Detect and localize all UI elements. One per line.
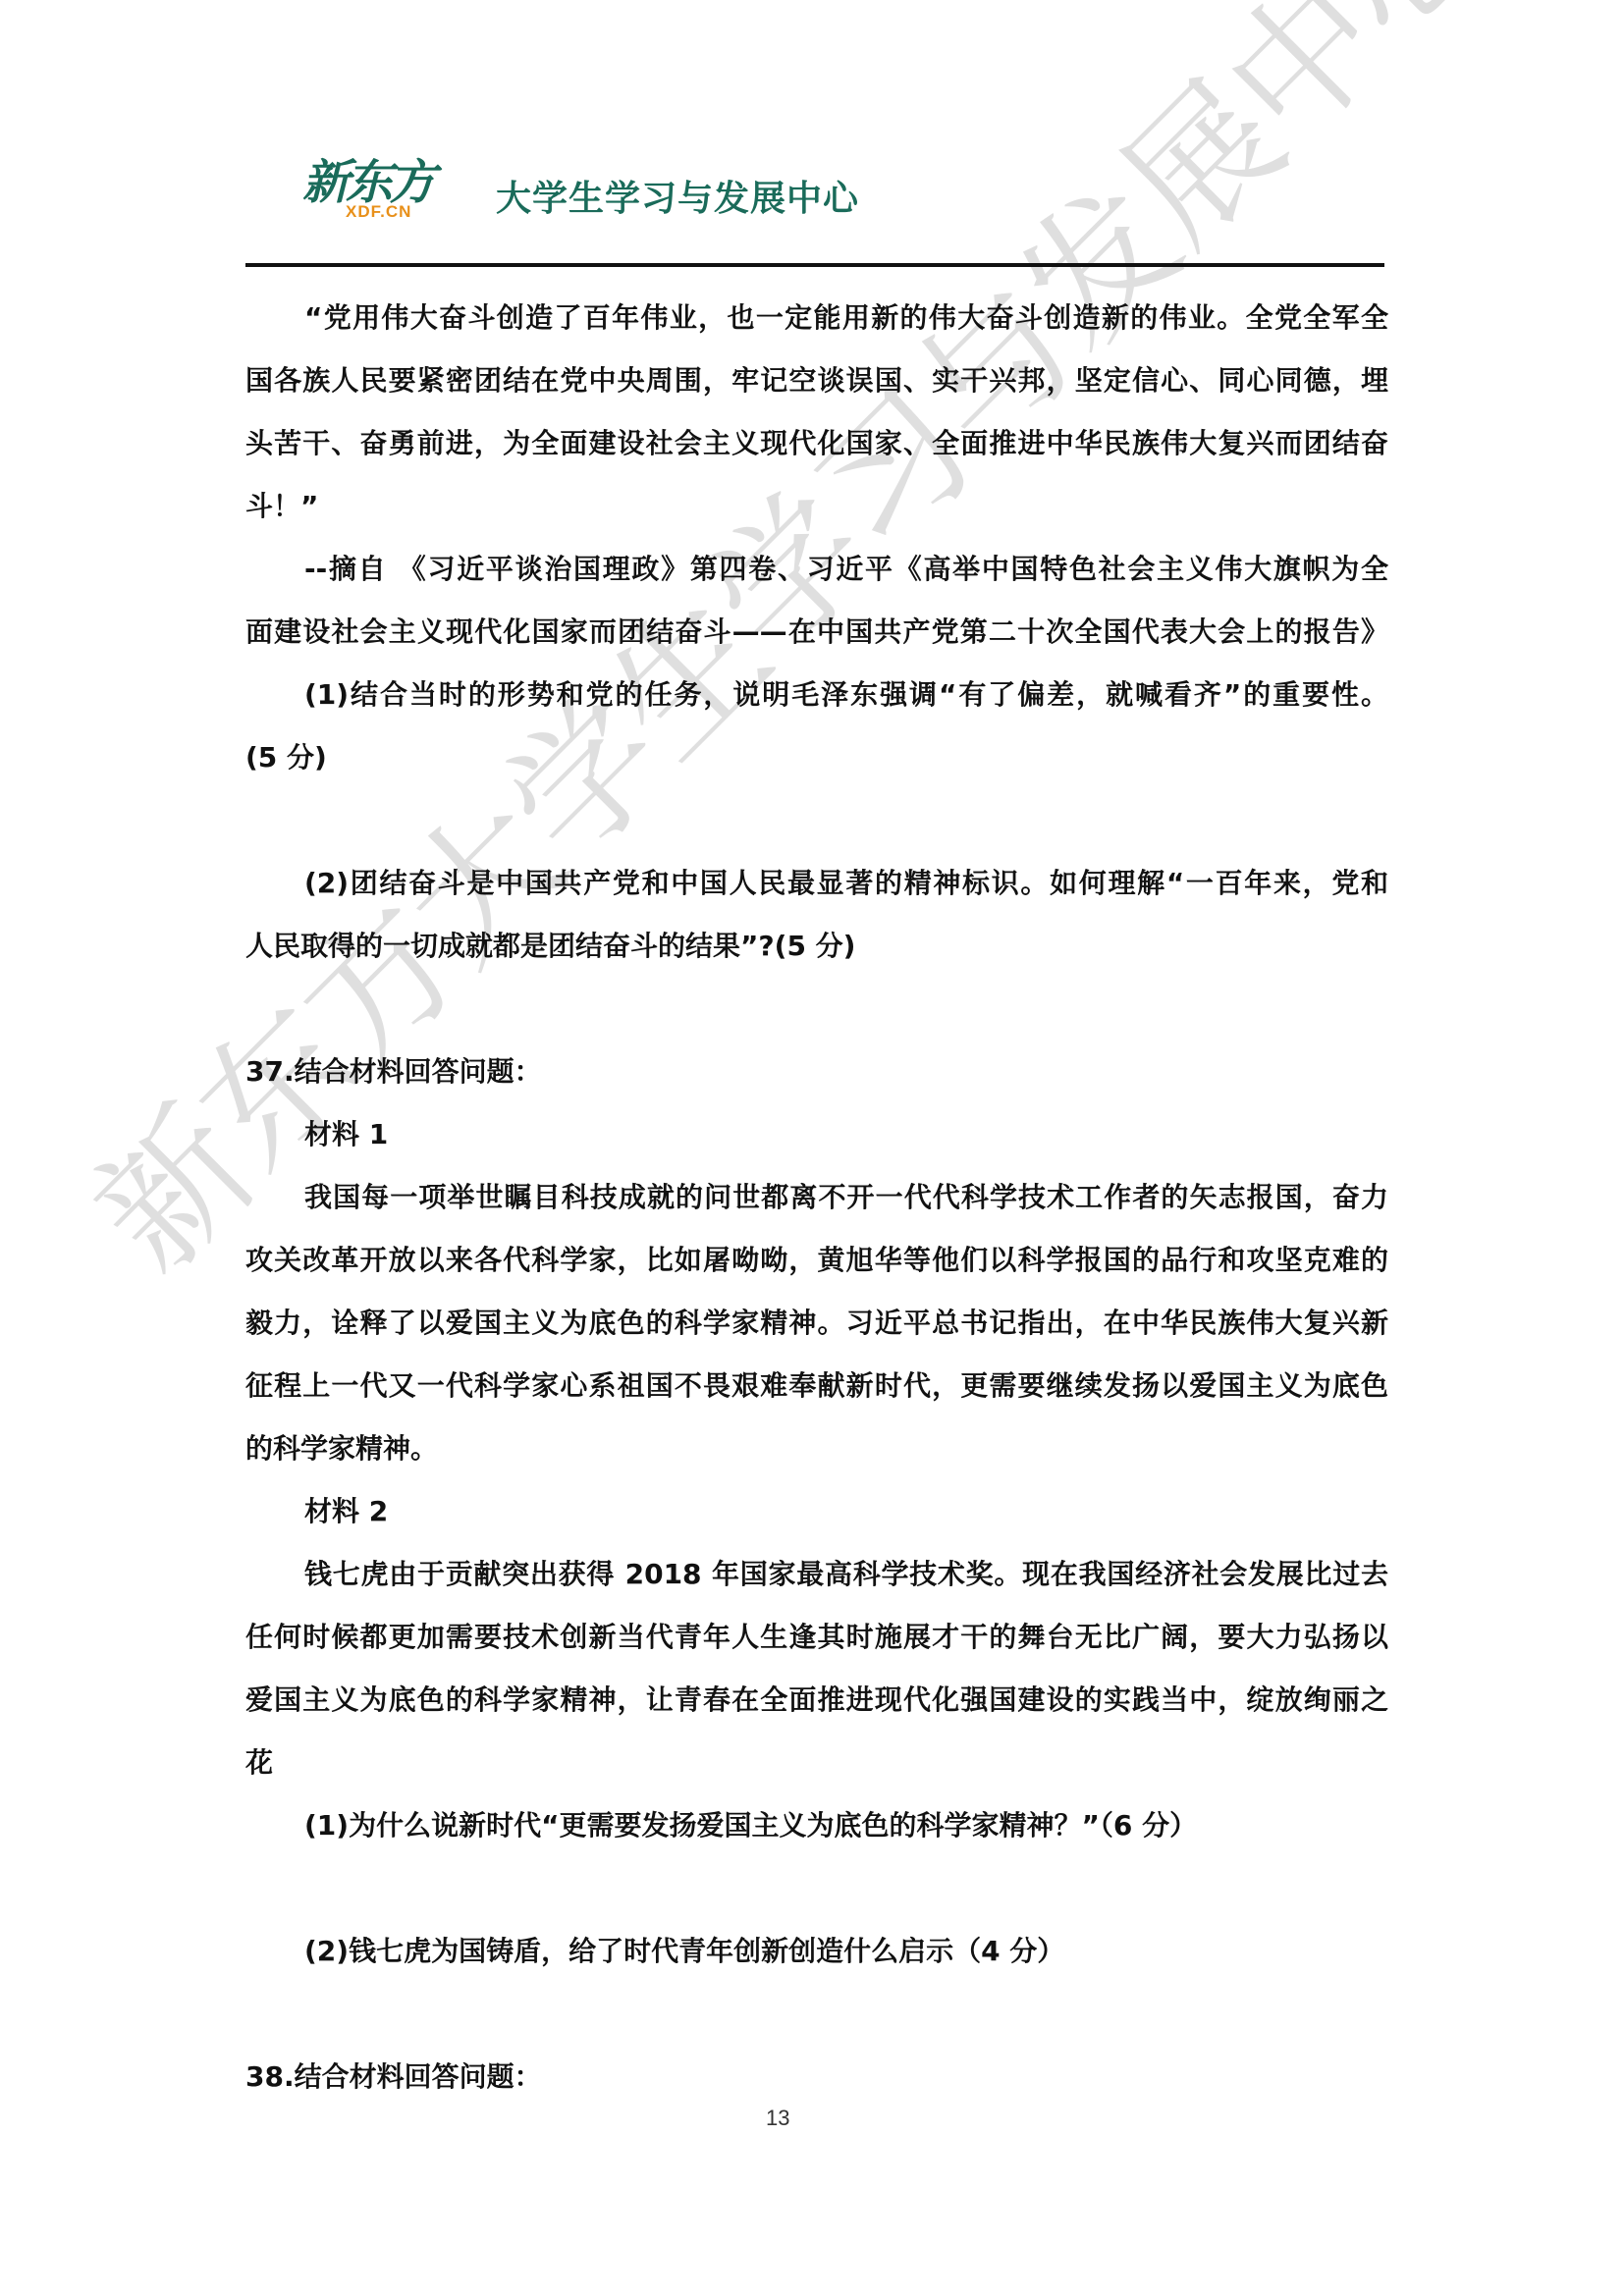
source-line: --摘自 《习近平谈治国理政》第四卷、习近平《高举中国特色社会主义伟大旗帜为全 [245,538,1388,601]
question-37-title: 37.结合材料回答问题： [245,1041,1388,1103]
material-2-line: 任何时候都更加需要技术创新当代青年人生逢其时施展才干的舞台无比广阔，要大力弘扬以 [245,1606,1388,1669]
material-2-label: 材料 2 [245,1480,1388,1543]
answer-space [245,1983,1388,2046]
answer-space [245,1857,1388,1920]
question-36-2-cont: 人民取得的一切成就都是团结奋斗的结果”?(5 分) [245,915,1388,978]
material-2-line: 爱国主义为底色的科学家精神，让青春在全面推进现代化强国建设的实践当中，绽放绚丽之 [245,1669,1388,1732]
question-36-2: (2)团结奋斗是中国共产党和中国人民最显著的精神标识。如何理解“一百年来，党和 [245,852,1388,915]
question-38-title: 38.结合材料回答问题： [245,2046,1388,2109]
page-number: 13 [766,2106,789,2131]
page-header: 新东方 XDF.CN 大学生学习与发展中心 [295,157,859,226]
question-36-1: (1)结合当时的形势和党的任务，说明毛泽东强调“有了偏差，就喊看齐”的重要性。 [245,664,1388,726]
document-body: “党用伟大奋斗创造了百年伟业，也一定能用新的伟大奋斗创造新的伟业。全党全军全 国… [245,287,1388,2109]
header-title: 大学生学习与发展中心 [496,171,859,221]
material-1-label: 材料 1 [245,1103,1388,1166]
material-1-line: 毅力，诠释了以爱国主义为底色的科学家精神。习近平总书记指出，在中华民族伟大复兴新 [245,1292,1388,1355]
quote-line: 斗！” [245,475,1388,538]
material-1-line: 攻关改革开放以来各代科学家，比如屠呦呦，黄旭华等他们以科学报国的品行和攻坚克难的 [245,1229,1388,1292]
material-2-line: 钱七虎由于贡献突出获得 2018 年国家最高科学技术奖。现在我国经济社会发展比过… [245,1543,1388,1606]
material-1-line: 的科学家精神。 [245,1417,1388,1480]
material-2-line: 花 [245,1732,1388,1794]
material-1-line: 征程上一代又一代科学家心系祖国不畏艰难奉献新时代，更需要继续发扬以爱国主义为底色 [245,1355,1388,1417]
answer-space [245,789,1388,852]
question-37-2: (2)钱七虎为国铸盾，给了时代青年创新创造什么启示（4 分） [245,1920,1388,1983]
source-line: 面建设社会主义现代化国家而团结奋斗——在中国共产党第二十次全国代表大会上的报告》 [245,601,1388,664]
answer-space [245,978,1388,1041]
header-divider [245,263,1384,267]
question-36-1-score: (5 分) [245,726,1388,789]
quote-line: “党用伟大奋斗创造了百年伟业，也一定能用新的伟大奋斗创造新的伟业。全党全军全 [245,287,1388,349]
material-1-line: 我国每一项举世瞩目科技成就的问世都离不开一代代科学技术工作者的矢志报国，奋力 [245,1166,1388,1229]
quote-line: 国各族人民要紧密团结在党中央周围，牢记空谈误国、实干兴邦，坚定信心、同心同德，埋 [245,349,1388,412]
question-37-1: (1)为什么说新时代“更需要发扬爱国主义为底色的科学家精神？”（6 分） [245,1794,1388,1857]
quote-line: 头苦干、奋勇前进，为全面建设社会主义现代化国家、全面推进中华民族伟大复兴而团结奋 [245,412,1388,475]
logo-english: XDF.CN [346,202,411,222]
logo-chinese: 新东方 [302,157,432,208]
xdf-logo: 新东方 XDF.CN [295,157,466,226]
